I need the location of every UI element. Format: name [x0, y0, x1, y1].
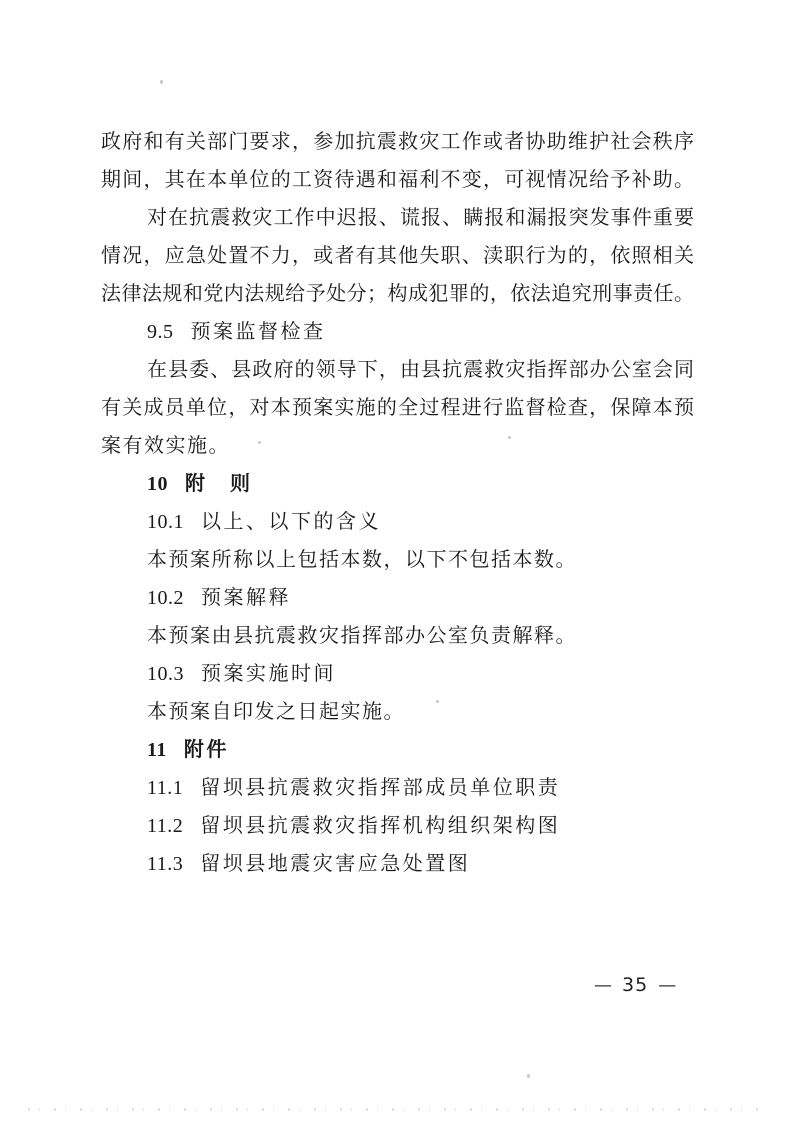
text-line: 本预案自印发之日起实施。 — [101, 693, 694, 731]
page-number: —35— — [594, 966, 676, 1004]
attachment-item-11-2: 11.2留坝县抗震救灾指挥机构组织架构图 — [101, 807, 694, 845]
scan-speck — [436, 700, 439, 703]
attachment-number: 11.2 — [147, 815, 183, 837]
section-title: 以上、以下的含义 — [201, 511, 381, 533]
attachment-item-11-3: 11.3留坝县地震灾害应急处置图 — [101, 845, 694, 883]
paragraph-start-line: 对在抗震救灾工作中迟报、谎报、瞒报和漏报突发事件重要 — [101, 199, 694, 237]
attachment-title: 留坝县抗震救灾指挥部成员单位职责 — [200, 777, 560, 799]
chapter-number: 11 — [147, 739, 167, 761]
section-heading-9-5: 9.5预案监督检查 — [101, 313, 694, 351]
section-heading-10-1: 10.1以上、以下的含义 — [101, 503, 694, 541]
document-page: 政府和有关部门要求，参加抗震救灾工作或者协助维护社会秩序 期间，其在本单位的工资… — [0, 0, 793, 1123]
scan-speck — [219, 213, 222, 216]
attachment-title: 留坝县抗震救灾指挥机构组织架构图 — [200, 815, 560, 837]
text-line: 有关成员单位，对本预案实施的全过程进行监督检查，保障本预 — [101, 389, 694, 427]
attachment-number: 11.1 — [147, 777, 183, 799]
paragraph-start-line: 在县委、县政府的领导下，由县抗震救灾指挥部办公室会同 — [101, 351, 694, 389]
text-line: 本预案所称以上包括本数，以下不包括本数。 — [101, 541, 694, 579]
chapter-heading-10: 10附 则 — [101, 465, 694, 503]
section-title: 预案监督检查 — [191, 321, 326, 343]
document-text-block: 政府和有关部门要求，参加抗震救灾工作或者协助维护社会秩序 期间，其在本单位的工资… — [101, 123, 694, 883]
page-number-dash: — — [594, 975, 612, 996]
chapter-title: 附 则 — [185, 473, 253, 495]
attachment-title: 留坝县地震灾害应急处置图 — [200, 853, 470, 875]
text-line: 案有效实施。 — [101, 427, 694, 465]
section-number: 10.2 — [147, 587, 184, 609]
section-title: 预案解释 — [201, 587, 291, 609]
text-line: 政府和有关部门要求，参加抗震救灾工作或者协助维护社会秩序 — [101, 123, 694, 161]
attachment-number: 11.3 — [147, 853, 183, 875]
section-number: 9.5 — [147, 321, 174, 343]
text-line: 本预案由县抗震救灾指挥部办公室负责解释。 — [101, 617, 694, 655]
page-number-dash: — — [658, 975, 676, 996]
section-heading-10-2: 10.2预案解释 — [101, 579, 694, 617]
text-line: 期间，其在本单位的工资待遇和福利不变，可视情况给予补助。 — [101, 161, 694, 199]
section-title: 预案实施时间 — [201, 663, 336, 685]
attachment-item-11-1: 11.1留坝县抗震救灾指挥部成员单位职责 — [101, 769, 694, 807]
scan-noise-line — [28, 1108, 765, 1111]
scan-speck — [160, 80, 163, 84]
scan-speck — [258, 441, 261, 444]
scan-speck — [527, 1074, 530, 1078]
section-number: 10.1 — [147, 511, 184, 533]
section-heading-10-3: 10.3预案实施时间 — [101, 655, 694, 693]
scan-speck — [508, 436, 511, 439]
text-line: 法律法规和党内法规给予处分；构成犯罪的，依法追究刑事责任。 — [101, 275, 694, 313]
section-number: 10.3 — [147, 663, 184, 685]
chapter-number: 10 — [147, 473, 168, 495]
chapter-title: 附件 — [184, 739, 229, 761]
text-line: 情况，应急处置不力，或者有其他失职、渎职行为的，依照相关 — [101, 237, 694, 275]
page-number-value: 35 — [622, 974, 648, 996]
chapter-heading-11: 11附件 — [101, 731, 694, 769]
